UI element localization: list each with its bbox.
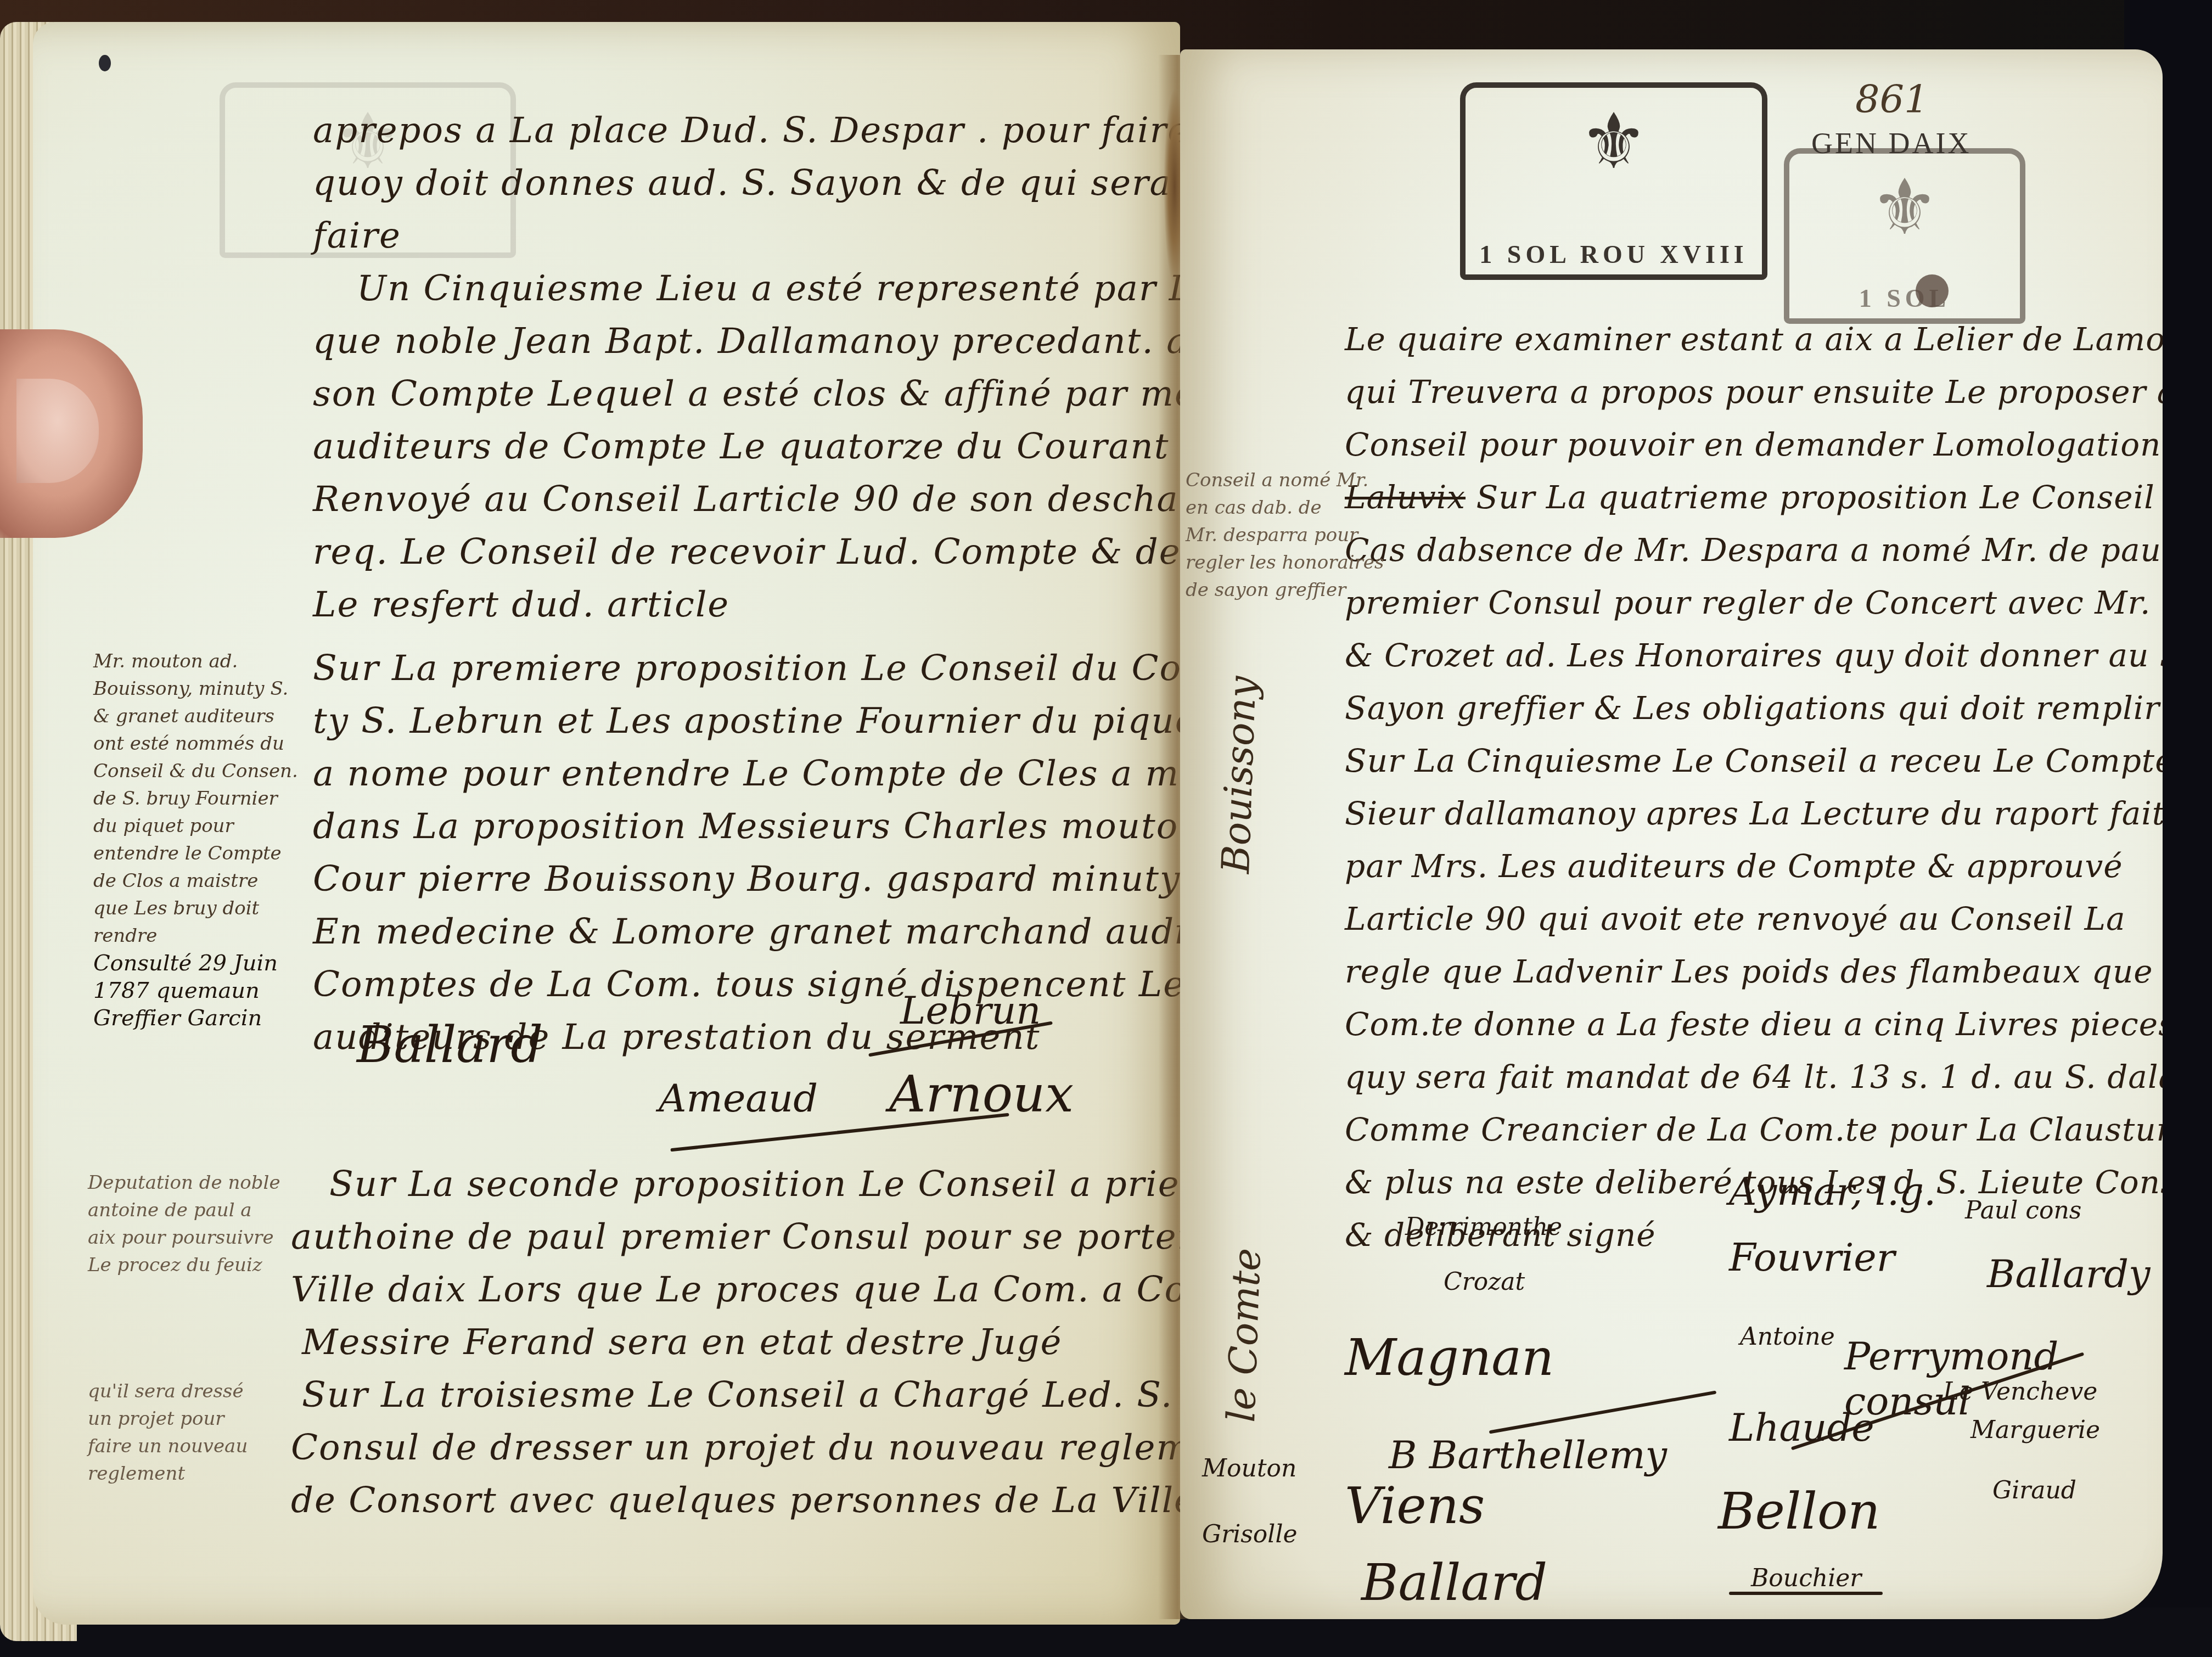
text-line: Conseil pour pouvoir en demander Lomolog… xyxy=(1345,418,2163,471)
right-main-text: Le quaire examiner estant a aix a Lelier… xyxy=(1345,313,2163,1261)
note-line: Conseil & du Consen. xyxy=(93,757,298,785)
text-line-rest: Sur La quatrieme proposition Le Conseil … xyxy=(1476,479,2163,516)
text-line: Ville daix Lors que Le proces que La Com… xyxy=(291,1263,1180,1316)
note-line: Mr. mouton ad. xyxy=(93,648,298,675)
text-line: par Mrs. Les auditeurs de Compte & appro… xyxy=(1345,840,2163,892)
margin-note-reglement: qu'il sera dressé un projet pour faire u… xyxy=(88,1378,248,1487)
text-line: qui Treuvera a propos pour ensuite Le pr… xyxy=(1345,366,2163,418)
margin-note-auditors: Mr. mouton ad. Bouissony, minuty S. & gr… xyxy=(93,648,298,1032)
note-line: de Clos a maistre xyxy=(93,867,298,895)
note-line: un projet pour xyxy=(88,1405,248,1433)
note-line: & granet auditeurs xyxy=(93,703,298,730)
text-line: Sur La premiere proposition Le Conseil d… xyxy=(313,642,1180,695)
signature: Bouchier xyxy=(1751,1564,1861,1592)
gutter-margin-note: Conseil a nomé Mr. en cas dab. de Mr. de… xyxy=(1186,467,1384,604)
signature: B Barthellemy xyxy=(1389,1433,1667,1478)
note-line: Le procez du feuiz xyxy=(88,1251,280,1279)
signature: Magnan xyxy=(1345,1328,1554,1387)
text-line: a nome pour entendre Le Compte de Cles a… xyxy=(313,748,1180,800)
right-page: ⚜ 1 SOL ROU XVIII ⚜ 1 SOL GEN DAIX 861 L… xyxy=(1180,49,2163,1619)
text-line: Renvoyé au Conseil Larticle 90 de son de… xyxy=(313,473,1180,526)
text-line: Sur La troisiesme Le Conseil a Chargé Le… xyxy=(291,1369,1180,1422)
text-line: Un Cinquiesme Lieu a esté representé par… xyxy=(313,262,1180,315)
margin-note-deputation: Deputation de noble antoine de paul a ai… xyxy=(88,1169,280,1279)
signature: Aymar, l.g. xyxy=(1729,1169,1936,1214)
text-line: Sayon greffier & Les obligations qui doi… xyxy=(1345,682,2163,734)
note-line: de S. bruy Fournier xyxy=(93,785,298,812)
fleur-de-lis-icon: ⚜ xyxy=(1870,170,1939,247)
text-line: faire xyxy=(313,210,1180,262)
manuscript-photo: ⚜ aprepos a La place Dud. S. Despar . po… xyxy=(0,0,2212,1657)
left-page: ⚜ aprepos a La place Dud. S. Despar . po… xyxy=(33,22,1180,1625)
signature: Crozat xyxy=(1444,1268,1525,1296)
text-line: dans La proposition Messieurs Charles mo… xyxy=(313,800,1180,853)
signature-flourish xyxy=(1729,1592,1883,1595)
text-line: Le resfert dud. article xyxy=(313,578,1180,631)
signature: Grisolle xyxy=(1202,1520,1298,1548)
note-line: regler les honoraires xyxy=(1186,549,1384,576)
note-line: rendre xyxy=(93,922,298,950)
wormhole-mark xyxy=(99,55,111,71)
signature: Derrimonthe xyxy=(1405,1213,1562,1241)
note-line: Consulté 29 Juin xyxy=(93,950,298,977)
signature-arnoux: Arnoux xyxy=(889,1065,1074,1124)
vertical-signature: le Comte xyxy=(1219,1247,1270,1423)
text-line: quy sera fait mandat de 64 lt. 13 s. 1 d… xyxy=(1345,1051,2163,1103)
text-line: Sur La Cinquiesme Le Conseil a receu Le … xyxy=(1345,734,2163,787)
note-line: Conseil a nomé Mr. xyxy=(1186,467,1384,494)
note-line: faire un nouveau xyxy=(88,1433,248,1460)
note-line: reglement xyxy=(88,1460,248,1487)
signature-flourish xyxy=(1489,1391,1717,1434)
signature: Ballard xyxy=(1361,1553,1547,1612)
signature-lebrun: Lebrun xyxy=(900,988,1041,1033)
left-main-text: aprepos a La place Dud. S. Despar . pour… xyxy=(313,104,1180,1064)
note-line: qu'il sera dressé xyxy=(88,1378,248,1405)
text-line: premier Consul pour regler de Concert av… xyxy=(1345,576,2163,629)
stamp-header: GEN DAIX xyxy=(1811,126,1971,160)
signature: Bellon xyxy=(1718,1482,1880,1541)
tax-stamp-faded: ⚜ 1 SOL xyxy=(1784,148,2025,324)
stamp-band-label: 1 SOL ROU XVIII xyxy=(1466,240,1762,269)
signature: Giraud xyxy=(1992,1476,2076,1504)
note-line: antoine de paul a xyxy=(88,1197,280,1224)
fleur-de-lis-icon: ⚜ xyxy=(1579,104,1648,181)
signature: Viens xyxy=(1345,1476,1485,1535)
note-line: du piquet pour xyxy=(93,812,298,840)
text-line: ty S. Lebrun et Les apostine Fournier du… xyxy=(313,695,1180,748)
text-line: Comptes de La Com. tous signé dispencent… xyxy=(313,958,1180,1011)
text-line: quoy doit donnes aud. S. Sayon & de qui … xyxy=(313,157,1180,210)
note-line: en cas dab. de xyxy=(1186,494,1384,521)
left-second-text: Sur La seconde proposition Le Conseil a … xyxy=(291,1158,1180,1527)
signature: Lhaude xyxy=(1729,1405,1874,1450)
signature-ballard: Ballard xyxy=(357,1015,543,1074)
note-line: entendre le Compte xyxy=(93,840,298,867)
text-line: Le quaire examiner estant a aix a Lelier… xyxy=(1345,313,2163,366)
text-line: son Compte Lequel a esté clos & affiné p… xyxy=(313,368,1180,420)
note-line: que Les bruy doit xyxy=(93,895,298,922)
signature: Fouvrier xyxy=(1729,1235,1895,1280)
text-line: req. Le Conseil de recevoir Lud. Compte … xyxy=(313,526,1180,578)
text-line: de Consort avec quelques personnes de La… xyxy=(291,1474,1180,1527)
signature: Marguerie xyxy=(1970,1416,2100,1444)
note-line: de sayon greffier xyxy=(1186,576,1384,604)
text-line: aprepos a La place Dud. S. Despar . pour… xyxy=(313,104,1180,157)
text-line: Cas dabsence de Mr. Despara a nomé Mr. d… xyxy=(1345,524,2163,576)
note-line: aix pour poursuivre xyxy=(88,1224,280,1251)
signature-ameaud: Ameaud xyxy=(659,1076,818,1121)
signature: Ballardy xyxy=(1987,1251,2151,1296)
note-line: Deputation de noble xyxy=(88,1169,280,1197)
text-line: Larticle 90 qui avoit ete renvoyé au Con… xyxy=(1345,892,2163,945)
vertical-signature: Bouissony xyxy=(1213,676,1265,874)
text-line: & Crozet ad. Les Honoraires quy doit don… xyxy=(1345,629,2163,682)
text-line: authoine de paul premier Consul pour se … xyxy=(291,1211,1180,1263)
text-line: Laluvix Sur La quatrieme proposition Le … xyxy=(1345,471,2163,524)
text-line: Cour pierre Bouissony Bourg. gaspard min… xyxy=(313,853,1180,906)
note-line: Mr. desparra pour xyxy=(1186,521,1384,549)
text-line: Sur La seconde proposition Le Conseil a … xyxy=(291,1158,1180,1211)
note-line: Greffier Garcin xyxy=(93,1004,298,1032)
stamp-band-label: 1 SOL xyxy=(1789,284,2020,313)
text-line: Sieur dallamanoy apres La Lecture du rap… xyxy=(1345,787,2163,840)
text-line: En medecine & Lomore granet marchand aud… xyxy=(313,906,1180,958)
text-line: Com.te donne a La feste dieu a cinq Livr… xyxy=(1345,998,2163,1051)
signature: Paul cons xyxy=(1965,1197,2081,1225)
text-line: Comme Creancier de La Com.te pour La Cla… xyxy=(1345,1103,2163,1156)
note-line: ont esté nommés du xyxy=(93,730,298,757)
signature: Antoine xyxy=(1740,1323,1835,1351)
text-line: auditeurs de Compte Le quatorze du Coura… xyxy=(313,420,1180,473)
folio-number: 861 xyxy=(1855,77,1929,122)
text-line: Consul de dresser un projet du nouveau r… xyxy=(291,1422,1180,1474)
text-line: regle que Ladvenir Les poids des flambea… xyxy=(1345,945,2163,998)
tax-stamp: ⚜ 1 SOL ROU XVIII xyxy=(1460,82,1767,280)
signature: Mouton xyxy=(1202,1454,1296,1482)
ink-blot xyxy=(1916,274,1949,307)
text-line: que noble Jean Bapt. Dallamanoy precedan… xyxy=(313,315,1180,368)
note-line: 1787 quemaun xyxy=(93,977,298,1004)
text-line: Messire Ferand sera en etat destre Jugé xyxy=(291,1316,1180,1369)
note-line: Bouissony, minuty S. xyxy=(93,675,298,703)
signature: Le Vencheve xyxy=(1943,1378,2097,1406)
